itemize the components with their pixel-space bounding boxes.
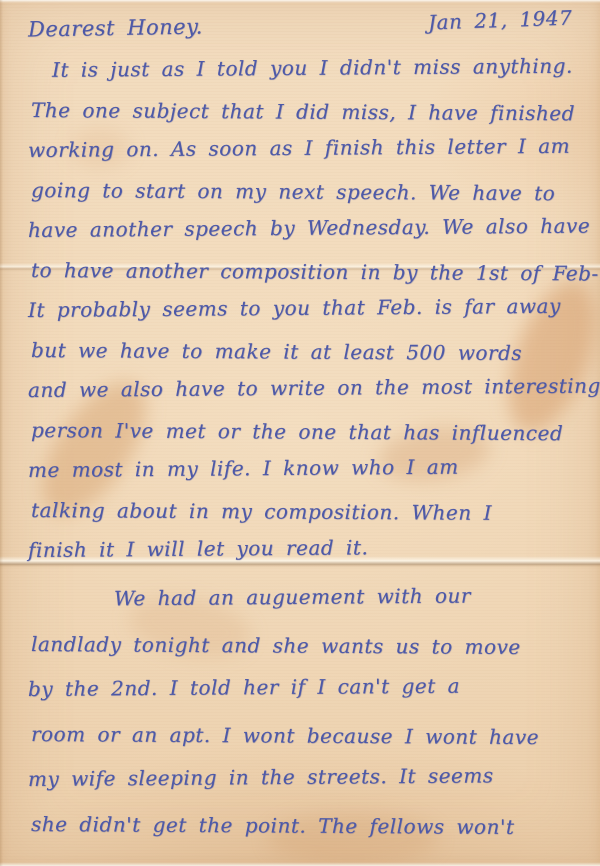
letter-line: by the 2nd. I told her if I can't get a — [28, 663, 539, 712]
letter-line: working on. As soon as I finish this let… — [28, 125, 600, 170]
letter-salutation: Dearest Honey. — [28, 14, 203, 41]
letter-line: she didn't get the point. The fellows wo… — [31, 802, 539, 850]
letter-paragraph-2: We had an auguement with ourlandlady ton… — [28, 577, 539, 847]
letter-paragraph-1: It is just as I told you I didn't miss a… — [28, 50, 600, 570]
letter-paper: Jan 21, 1947 Dearest Honey. It is just a… — [0, 0, 600, 866]
letter-line: It probably seems to you that Feb. is fa… — [28, 285, 600, 330]
letter-line: finish it I will let you read it. — [28, 525, 600, 570]
letter-date: Jan 21, 1947 — [428, 5, 573, 34]
letter-line: and we also have to write on the most in… — [28, 365, 600, 410]
letter-line: We had an auguement with our — [28, 573, 539, 622]
scan-edge-bottom — [0, 862, 600, 866]
letter-line: me most in my life. I know who I am — [28, 445, 600, 490]
scan-edge-top — [0, 0, 600, 3]
letter-line: It is just as I told you I didn't miss a… — [28, 45, 600, 90]
scan-edge-left — [0, 0, 3, 866]
letter-line: have another speech by Wednesday. We als… — [28, 205, 600, 250]
letter-line: my wife sleeping in the streets. It seem… — [28, 753, 539, 802]
